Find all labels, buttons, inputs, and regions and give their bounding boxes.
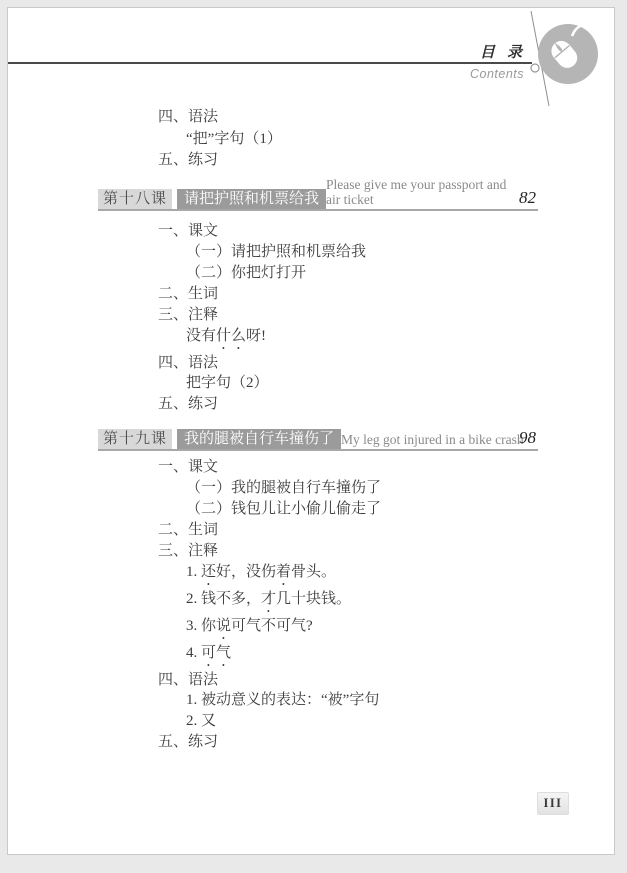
toc-item: 4. 可气 (186, 643, 381, 670)
toc-item: （一）我的腿被自行车撞伤了 (186, 478, 381, 499)
toc-item: 四、语法 (158, 107, 282, 129)
header-decoration (488, 8, 616, 120)
page-number-tab: III (537, 792, 569, 815)
toc-list-lesson-19: 一、课文（一）我的腿被自行车撞伤了（二）钱包儿让小偷儿偷走了二、生词三、注释1.… (158, 457, 381, 753)
emphasis-text: 什么 (216, 328, 246, 344)
toc-item: 一、课文 (158, 221, 366, 242)
toc-item: 没有什么呀! (186, 326, 366, 353)
toc-item: 1. 还好，没伤着骨头。 (186, 562, 381, 589)
toc-item: 五、练习 (158, 150, 282, 172)
connector-node (531, 64, 539, 72)
toc-item: 三、注释 (158, 305, 366, 326)
lesson-header-18: 第十八课请把护照和机票给我 Please give me your passpo… (98, 189, 538, 211)
lesson-title-bar: 我的腿被自行车撞伤了 (177, 429, 341, 449)
toc-item: 2. 钱不多，才几十块钱。 (186, 589, 381, 616)
toc-item: 2. 又 (186, 711, 381, 732)
toc-item: （一）请把护照和机票给我 (186, 242, 366, 263)
toc-list-lesson-18: 一、课文（一）请把护照和机票给我（二）你把灯打开二、生词三、注释没有什么呀!四、… (158, 221, 366, 415)
toc-item: 把字句（2） (186, 373, 366, 394)
lesson-title-english: My leg got injured in a bike crash (341, 433, 524, 448)
toc-item: 二、生词 (158, 284, 366, 305)
header-rule (8, 62, 532, 64)
toc-item: （二）你把灯打开 (186, 263, 366, 284)
toc-item: 四、语法 (158, 670, 381, 691)
toc-item: 3. 你说可气不可气? (186, 616, 381, 643)
toc-item: （二）钱包儿让小偷儿偷走了 (186, 499, 381, 520)
toc-list-intro: 四、语法“把”字句（1）五、练习 (158, 107, 282, 172)
lesson-number-label: 第十九课 (98, 429, 172, 449)
toc-item: 五、练习 (158, 394, 366, 415)
emphasis-text: 还 (201, 564, 216, 580)
toc-item: 1. 被动意义的表达：“被”字句 (186, 690, 381, 711)
book-page: 目 录 Contents 四、语法“把”字句（1）五、练习 第十八课请把护照和机… (7, 7, 615, 855)
toc-item: 四、语法 (158, 353, 366, 374)
lesson-page-number: 82 (519, 188, 536, 208)
lesson-title-bar: 请把护照和机票给我 (177, 189, 326, 209)
toc-item: 二、生词 (158, 520, 381, 541)
lesson-number-label: 第十八课 (98, 189, 172, 209)
toc-item: “把”字句（1） (186, 129, 282, 151)
emphasis-text: 说 (216, 618, 231, 634)
lesson-header-19: 第十九课我的腿被自行车撞伤了 My leg got injured in a b… (98, 429, 538, 451)
emphasis-text: 着 (276, 564, 291, 580)
toc-item: 一、课文 (158, 457, 381, 478)
toc-item: 三、注释 (158, 541, 381, 562)
emphasis-text: 可气 (201, 645, 231, 661)
screenshot-root: { "page_header": { "title_cn": "目 录", "t… (0, 0, 627, 873)
emphasis-text: 才 (261, 591, 276, 607)
lesson-page-number: 98 (519, 428, 536, 448)
lesson-title-english: Please give me your passport and air tic… (326, 178, 508, 207)
toc-item: 五、练习 (158, 732, 381, 753)
